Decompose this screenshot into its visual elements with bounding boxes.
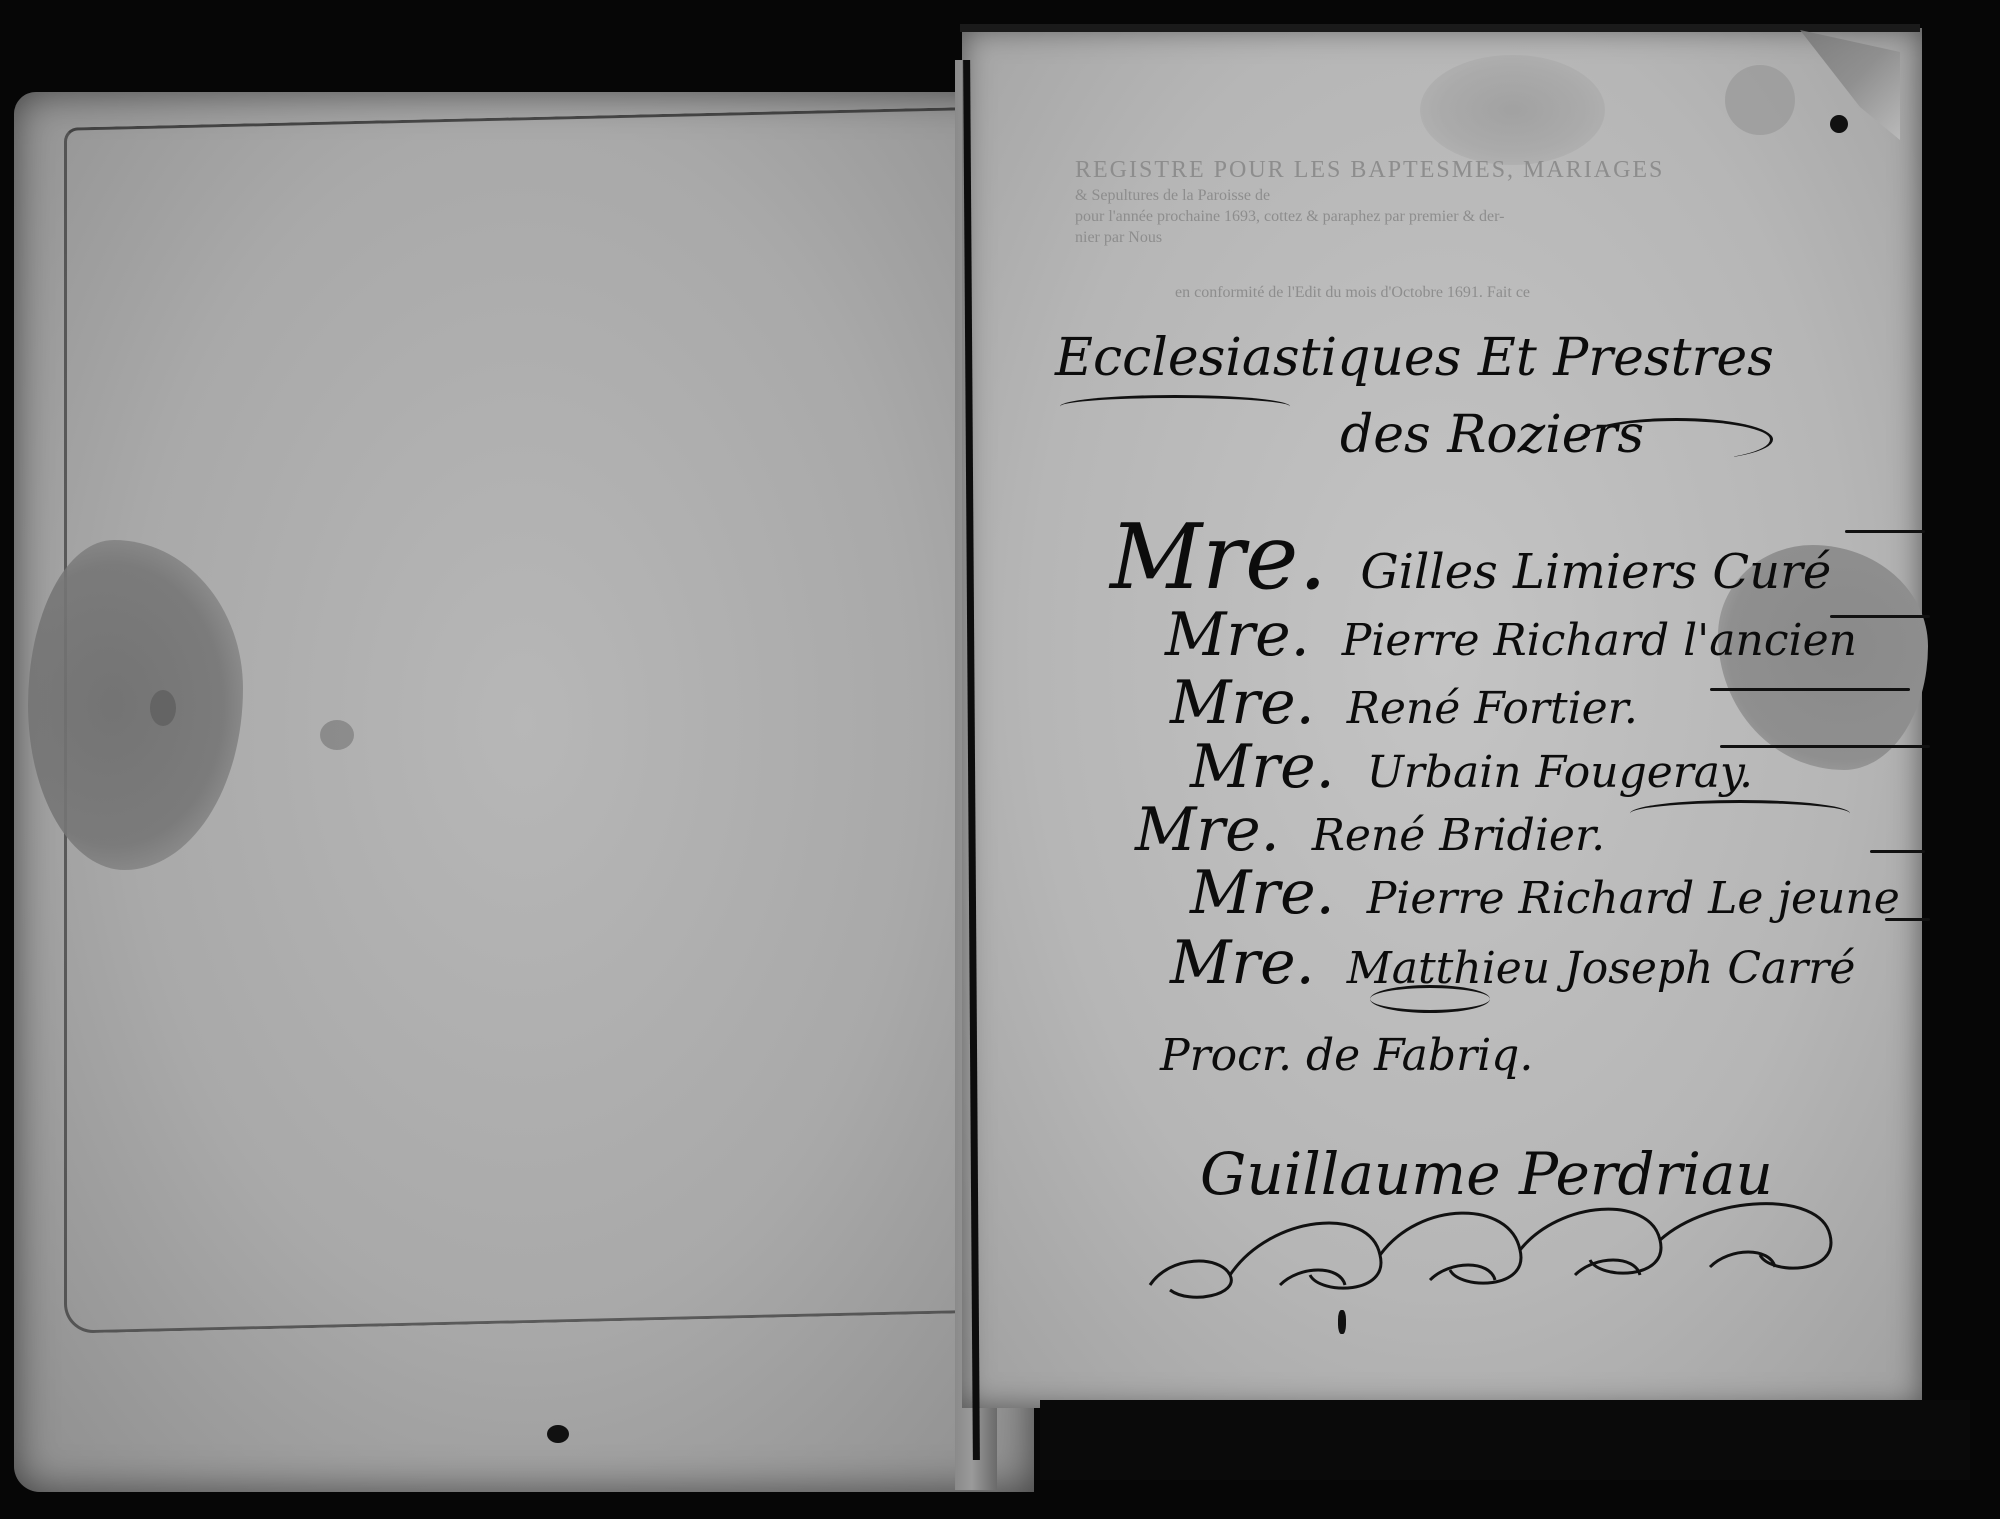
line-filler-dash (1870, 850, 1925, 853)
title-prefix: Mre. (1165, 600, 1310, 670)
title-prefix: Mre. (1190, 732, 1335, 802)
clergy-name: René Fortier. (1347, 683, 1638, 734)
clergy-name: Urbain Fougeray. (1367, 747, 1753, 798)
clergy-entry: Mre. Gilles Limiers Curé (1110, 505, 1831, 610)
clergy-entry: Mre. Pierre Richard Le jeune (1190, 858, 1900, 928)
printed-line: nier par Nous (1075, 228, 1875, 249)
printed-title: REGISTRE POUR LES BAPTESMES, MARIAGES (1075, 155, 1875, 186)
clergy-entry: Mre. Matthieu Joseph Carré (1170, 928, 1855, 998)
printed-line: en conformité de l'Edit du mois d'Octobr… (1075, 283, 1875, 304)
line-filler-dash (1720, 745, 1930, 748)
heading-line-1: Ecclesiastiques Et Prestres (1055, 328, 1774, 388)
small-seal-stamp (1725, 65, 1795, 135)
line-filler-flourish (1630, 800, 1850, 827)
clergy-name: Pierre Richard l'ancien (1342, 615, 1857, 666)
small-stain (320, 720, 354, 750)
printed-header: REGISTRE POUR LES BAPTESMES, MARIAGES & … (1075, 155, 1875, 303)
clergy-name: René Bridier. (1312, 810, 1605, 861)
right-page-top-edge (960, 24, 1920, 32)
line-filler-dash (1885, 918, 1930, 921)
title-prefix: Mre. (1170, 668, 1315, 738)
book-bottom-edge (1040, 1400, 1970, 1480)
title-prefix: Mre. (1170, 928, 1315, 998)
decorative-flourish (1370, 985, 1490, 1013)
procureur-label: Procr. de Fabriq. (1160, 1030, 1533, 1081)
royal-seal-stamp (1420, 55, 1605, 165)
scanned-document: REGISTRE POUR LES BAPTESMES, MARIAGES & … (0, 0, 2000, 1519)
clergy-entry: Mre. René Fortier. (1170, 668, 1638, 738)
title-prefix: Mre. (1190, 858, 1335, 928)
printed-line: & Sepultures de la Paroisse de (1075, 186, 1875, 207)
title-prefix: Mre. (1135, 795, 1280, 865)
heading-flourish (1060, 395, 1290, 418)
line-filler-dash (1830, 615, 1930, 618)
ink-spot (547, 1425, 569, 1443)
clergy-entry: Mre. René Bridier. (1135, 795, 1605, 865)
ink-stroke-mark (1338, 1310, 1346, 1334)
decorative-paraph-flourish (1130, 1195, 1870, 1305)
clergy-entry: Mre. Pierre Richard l'ancien (1165, 600, 1857, 670)
clergy-name: Pierre Richard Le jeune (1367, 873, 1900, 924)
ink-spot (1830, 115, 1848, 133)
line-filler-dash (1845, 530, 1925, 533)
small-stain (150, 690, 176, 726)
clergy-entry: Mre. Urbain Fougeray. (1190, 732, 1753, 802)
printed-line: pour l'année prochaine 1693, cottez & pa… (1075, 207, 1875, 228)
heading-flourish (1580, 418, 1773, 461)
line-filler-dash (1710, 688, 1910, 691)
clergy-name: Gilles Limiers Curé (1360, 544, 1831, 600)
title-prefix: Mre. (1110, 505, 1327, 610)
